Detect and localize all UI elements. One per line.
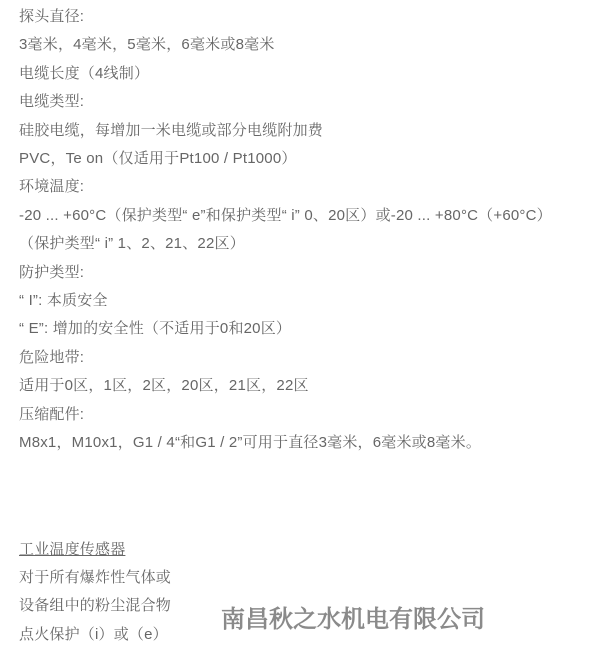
spec-line-cable-length: 电缆长度（4线制） — [19, 60, 584, 88]
company-watermark: 南昌秋之水机电有限公司 — [221, 606, 485, 635]
spec-line-probe-diameter-values: 3毫米，4毫米，5毫米，6毫米或8毫米 — [19, 31, 584, 59]
spec-line-hazardous-area-zones: 适用于0区，1区，2区，20区，21区，22区 — [19, 372, 584, 400]
section-gap — [19, 458, 584, 536]
spec-line-increased-safety: “ E”: 增加的安全性（不适用于0和20区） — [19, 315, 584, 343]
spec-line-compression-fitting-heading: 压缩配件: — [19, 401, 584, 429]
spec-line-ambient-temp-range: -20 ... +60°C（保护类型“ e”和保护类型“ i” 0、20区）或-… — [19, 202, 584, 230]
footer-line-explosive-gases: 对于所有爆炸性气体或 — [19, 564, 584, 592]
spec-line-hazardous-area-heading: 危险地带: — [19, 344, 584, 372]
spec-line-protection-heading: 防护类型: — [19, 259, 584, 287]
spec-line-compression-fitting-values: M8x1，M10x1，G1 / 4“和G1 / 2”可用于直径3毫米，6毫米或8… — [19, 429, 584, 457]
spec-line-ambient-temp-heading: 环境温度: — [19, 173, 584, 201]
spec-line-silicone-cable: 硅胶电缆，每增加一米电缆或部分电缆附加费 — [19, 117, 584, 145]
spec-line-intrinsic-safety: “ I”: 本质安全 — [19, 287, 584, 315]
spec-line-probe-diameter-heading: 探头直径: — [19, 3, 584, 31]
spec-line-cable-type-heading: 电缆类型: — [19, 88, 584, 116]
spec-line-pvc-teflon: PVC，Te on（仅适用于Pt100 / Pt1000） — [19, 145, 584, 173]
spec-line-protection-type-zones: （保护类型“ i” 1、2、21、22区） — [19, 230, 584, 258]
footer-title-industrial-temp-sensor: 工业温度传感器 — [19, 536, 584, 564]
document-body: 探头直径: 3毫米，4毫米，5毫米，6毫米或8毫米 电缆长度（4线制） 电缆类型… — [0, 0, 594, 649]
